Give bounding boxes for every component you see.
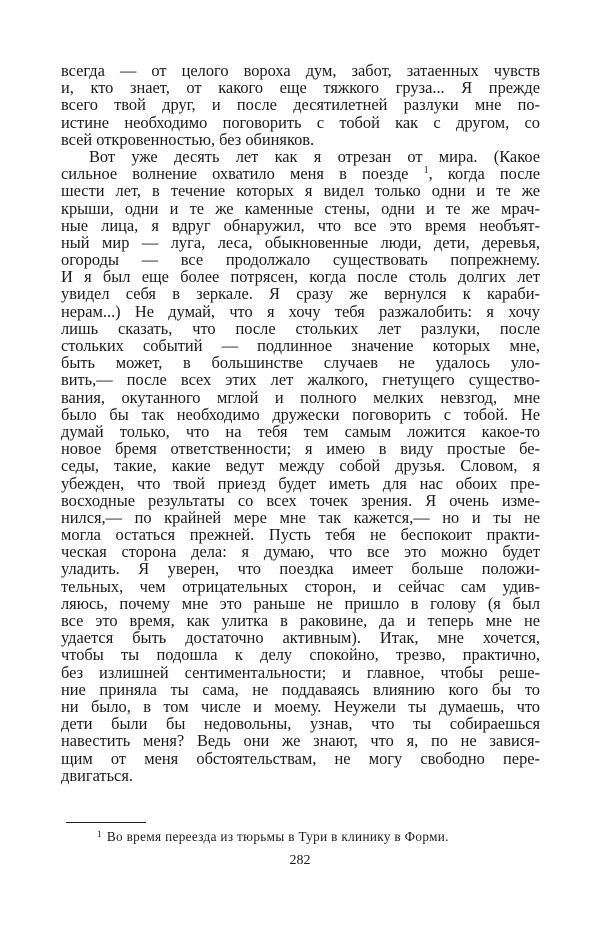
text-line: было бы так необходимо дружески поговори… [61, 406, 540, 423]
text-line: удается быть достаточно активным). Итак,… [61, 629, 540, 646]
text-line: ние приняла ты сама, не поддаваясь влиян… [61, 681, 540, 698]
text-line: ляюсь, почему мне это раньше не пришло в… [61, 595, 540, 612]
text-line: вить,— после всех этих лет жалкого, гнет… [61, 371, 540, 388]
text-line: и, кто знает, от какого еще тяжкого груз… [61, 79, 540, 96]
text-line: чтобы ты подошла к делу спокойно, трезво… [61, 646, 540, 663]
text-line: тельных, чем отрицательных сторон, и сей… [61, 578, 540, 595]
text-line: нился,— по крайней мере мне так кажется,… [61, 509, 540, 526]
text-line: без излишней сентиментальности; и главно… [61, 664, 540, 681]
text-line: нерам...) Не думай, что я хочу тебя разж… [61, 303, 540, 320]
text-line: щим от меня обстоятельствам, не могу сво… [61, 750, 540, 767]
text-line: дети были бы недовольны, узнав, что ты с… [61, 715, 540, 732]
text-line: лишь сказать, что после стольких лет раз… [61, 320, 540, 337]
text-line: всего твой друг, и после десятилетней ра… [61, 96, 540, 113]
text-line: убежден, что твой приезд будет иметь для… [61, 475, 540, 492]
text-line: быть может, в большинстве случаев не уда… [61, 354, 540, 371]
text-line: стольких событий — подлинное значение ко… [61, 337, 540, 354]
footnote: 1Во время переезда из тюрьмы в Тури в кл… [97, 829, 449, 845]
text-line: новое бремя ответственности; я имею в ви… [61, 440, 540, 457]
text-line: огороды — все продолжало существовать по… [61, 251, 540, 268]
text-line: могла остаться прежней. Пусть тебя не бе… [61, 526, 540, 543]
text-line: И я был еще более потрясен, когда после … [61, 268, 540, 285]
text-line: ный мир — луга, леса, обыкновенные люди,… [61, 234, 540, 251]
text-line-with-footnote: сильное волнение охватило меня в поезде … [61, 165, 540, 182]
text-line: седы, такие, какие ведут между собой дру… [61, 457, 540, 474]
text-line: двигаться. [61, 767, 540, 784]
text-line: ные лица, я вдруг обнаружил, что все это… [61, 217, 540, 234]
text-line: вания, окутанного мглой и полного мелких… [61, 389, 540, 406]
text-line: уладить. Я уверен, что поездка имеет бол… [61, 560, 540, 577]
text-fragment: сильное волнение охватило меня в поезде [61, 164, 408, 183]
body-text: всегда — от целого вороха дум, забот, за… [61, 62, 540, 784]
text-line: всегда — от целого вороха дум, забот, за… [61, 62, 540, 79]
text-line: думай только, что на тебя тем самым ложи… [61, 423, 540, 440]
paragraph-start-line: Вот уже десять лет как я отрезан от мира… [61, 148, 540, 165]
text-line: ни было, в том числе и моему. Неужели ты… [61, 698, 540, 715]
footnote-number: 1 [97, 829, 102, 839]
text-line: ческая сторона дела: я думаю, что все эт… [61, 543, 540, 560]
text-line: восходные результаты со всех точек зрени… [61, 492, 540, 509]
text-line: навестить меня? Ведь они же знают, что я… [61, 732, 540, 749]
text-line: все это время, как улитка в раковине, да… [61, 612, 540, 629]
footnote-divider [66, 822, 146, 823]
footnote-text: Во время переезда из тюрьмы в Тури в кли… [107, 829, 449, 844]
text-line: всей откровенностью, без обиняков. [61, 131, 540, 148]
page-number: 282 [0, 853, 600, 869]
text-fragment: , когда после [429, 164, 540, 183]
text-line: шести лет, в течение которых я видел тол… [61, 182, 540, 199]
book-page: всегда — от целого вороха дум, забот, за… [0, 0, 600, 940]
text-line: крыши, одни и те же каменные стены, одни… [61, 200, 540, 217]
text-line: истине необходимо поговорить с тобой как… [61, 114, 540, 131]
text-line: увидел себя в зеркале. Я сразу же вернул… [61, 285, 540, 302]
